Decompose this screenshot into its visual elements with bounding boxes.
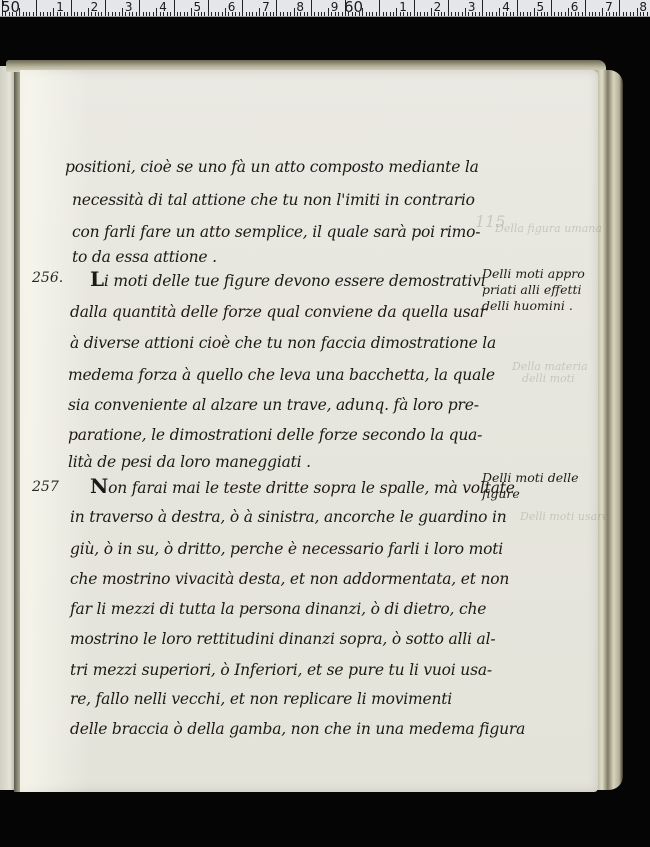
ruler-tick: [119, 12, 120, 16]
text-line: che mostrino vivacità desta, et non addo…: [70, 570, 509, 588]
ruler-tick: [26, 12, 27, 16]
left-page-edge: [0, 66, 14, 790]
ruler-tick: [149, 12, 150, 16]
text-line: to da essa attione .: [72, 248, 217, 266]
ruler-tick: [451, 12, 452, 16]
ruler-tick: [637, 8, 638, 16]
ruler-label: 5: [194, 0, 202, 15]
text-line: tri mezzi superiori, ò Inferiori, et se …: [70, 661, 492, 679]
text-line: paratione, le dimostrationi delle forze …: [68, 426, 482, 444]
ruler-label: 8: [639, 0, 647, 15]
ruler-tick: [527, 12, 528, 16]
ruler-tick: [249, 12, 250, 16]
ruler-tick: [67, 12, 68, 16]
text-line: giù, ò in su, ò dritto, perche è necessa…: [70, 540, 503, 558]
ruler-label: 6: [228, 0, 236, 15]
ruler-label: 1: [56, 0, 64, 15]
ruler-tick: [81, 12, 82, 16]
text-line: con farli fare un atto semplice, il qual…: [72, 223, 480, 241]
ruler-tick: [602, 8, 603, 16]
ruler-tick: [174, 0, 175, 16]
ruler-tick: [534, 8, 535, 16]
ruler-tick: [307, 12, 308, 16]
text-line: far li mezzi di tutta la persona dinanzi…: [70, 600, 486, 618]
ruler-tick: [191, 8, 192, 16]
ruler-tick: [222, 12, 223, 16]
ruler-tick: [88, 8, 89, 16]
ruler-tick: [36, 0, 37, 16]
ruler-tick: [225, 8, 226, 16]
drop-cap: N: [90, 474, 108, 498]
marginal-note-line: priati alli effetti: [482, 282, 585, 298]
ruler-tick: [328, 8, 329, 16]
ruler-tick: [280, 12, 281, 16]
ruler-tick: [43, 12, 44, 16]
text-line: sia conveniente al alzare un trave, adun…: [68, 396, 479, 414]
ruler-tick: [417, 12, 418, 16]
text-line: i moti delle tue figure devono essere de…: [104, 272, 486, 290]
ruler-tick: [84, 12, 85, 16]
ruler-label: 60: [344, 0, 363, 15]
ruler-tick: [592, 12, 593, 16]
text-line: delle braccia ò della gamba, non che in …: [70, 720, 525, 738]
ruler-tick: [242, 0, 243, 16]
ruler-tick: [50, 12, 51, 16]
ruler-tick: [547, 12, 548, 16]
text-line: à diverse attioni cioè che tu non faccia…: [70, 334, 496, 352]
ruler-tick: [482, 0, 483, 16]
ruler-tick: [321, 12, 322, 16]
ruler-tick: [108, 12, 109, 16]
ruler-tick: [369, 12, 370, 16]
ruler-label: 3: [468, 0, 476, 15]
ruler-tick: [146, 12, 147, 16]
ruler-tick: [458, 12, 459, 16]
ruler-tick: [465, 8, 466, 16]
ruler-label: 1: [399, 0, 407, 15]
ruler-tick: [74, 12, 75, 16]
ruler-tick: [424, 12, 425, 16]
ruler-label: 7: [605, 0, 613, 15]
ruler-tick: [184, 12, 185, 16]
ruler-tick: [366, 12, 367, 16]
ruler-tick: [290, 12, 291, 16]
text-line: dalla quantità delle forze qual conviene…: [70, 303, 487, 321]
ruler-tick: [177, 12, 178, 16]
text-line: mostrino le loro rettitudini dinanzi sop…: [70, 630, 495, 648]
ruler-tick: [342, 12, 343, 16]
ruler-label: 8: [296, 0, 304, 15]
ruler-tick: [376, 12, 377, 16]
ruler-tick: [101, 12, 102, 16]
ruler-tick: [283, 12, 284, 16]
ruler-tick: [589, 12, 590, 16]
paragraph-first-line: Non farai mai le teste dritte sopra le s…: [90, 474, 515, 498]
ruler-tick: [492, 12, 493, 16]
ruler-tick: [372, 12, 373, 16]
ruler-tick: [520, 12, 521, 16]
ruler-label: 4: [502, 0, 510, 15]
ruler-tick: [444, 12, 445, 16]
marginal-note-line: Delli moti appro: [482, 266, 585, 282]
ruler-label: 2: [434, 0, 442, 15]
ruler-label: 6: [571, 0, 579, 15]
ruler-tick: [379, 0, 380, 16]
ruler-tick: [143, 12, 144, 16]
paragraph-number: 257: [32, 479, 59, 495]
ruler-tick: [414, 0, 415, 16]
ruler-tick: [314, 12, 315, 16]
ruler-label: 2: [91, 0, 99, 15]
ruler-tick: [517, 0, 518, 16]
bleed-through-text: Delli moti usare: [520, 510, 609, 523]
ruler-tick: [211, 12, 212, 16]
ruler-tick: [455, 12, 456, 16]
text-line: necessità di tal attione che tu non l'im…: [72, 191, 475, 209]
ruler-tick: [486, 12, 487, 16]
marginal-note-line: figure: [482, 486, 579, 502]
ruler-tick: [170, 12, 171, 16]
ruler-tick: [420, 12, 421, 16]
manuscript-page: 115 Della figura umana Della materia del…: [20, 70, 598, 792]
ruler-tick: [180, 12, 181, 16]
ruler-tick: [156, 8, 157, 16]
marginal-note: Delli moti delle figure: [482, 470, 579, 502]
ruler-label: 5: [537, 0, 545, 15]
text-line: lità de pesi da loro maneggiati .: [68, 453, 311, 471]
ruler-tick: [626, 12, 627, 16]
ruler-tick: [105, 0, 106, 16]
ruler-label: 3: [125, 0, 133, 15]
ruler-tick: [595, 12, 596, 16]
ruler-tick: [311, 0, 312, 16]
ruler-tick: [208, 0, 209, 16]
ruler-tick: [390, 12, 391, 16]
text-line: in traverso à destra, ò à sinistra, anco…: [70, 508, 507, 526]
ruler-tick: [40, 12, 41, 16]
ruler-tick: [256, 12, 257, 16]
ruler-tick: [139, 0, 140, 16]
ruler-tick: [386, 12, 387, 16]
measurement-ruler: 501234567896012345678: [0, 0, 650, 17]
ruler-tick: [77, 12, 78, 16]
ruler-tick: [582, 12, 583, 16]
ruler-label: 7: [262, 0, 270, 15]
ruler-tick: [318, 12, 319, 16]
ruler-tick: [499, 8, 500, 16]
ruler-tick: [115, 12, 116, 16]
ruler-label: 4: [159, 0, 167, 15]
bleed-through-text: delli moti: [522, 372, 575, 385]
ruler-tick: [496, 12, 497, 16]
ruler-tick: [623, 12, 624, 16]
ruler-tick: [246, 12, 247, 16]
ruler-tick: [287, 12, 288, 16]
ruler-tick: [33, 12, 34, 16]
ruler-tick: [187, 12, 188, 16]
ruler-tick: [530, 12, 531, 16]
ruler-tick: [551, 0, 552, 16]
ruler-tick: [259, 8, 260, 16]
ruler-tick: [427, 12, 428, 16]
ruler-tick: [513, 12, 514, 16]
ruler-tick: [71, 0, 72, 16]
ruler-tick: [396, 8, 397, 16]
marginal-note-line: Delli moti delle: [482, 470, 579, 486]
ruler-tick: [276, 0, 277, 16]
ruler-tick: [47, 12, 48, 16]
ruler-tick: [112, 12, 113, 16]
ruler-tick: [630, 12, 631, 16]
drop-cap: L: [90, 267, 104, 291]
ruler-tick: [448, 0, 449, 16]
text-line: positioni, cioè se uno fà un atto compos…: [65, 158, 479, 176]
ruler-tick: [204, 12, 205, 16]
marginal-note-line: delli huomini .: [482, 298, 585, 314]
ruler-tick: [383, 12, 384, 16]
ruler-tick: [462, 12, 463, 16]
paragraph-first-line: Li moti delle tue figure devono essere d…: [90, 267, 485, 291]
ruler-tick: [393, 12, 394, 16]
ruler-tick: [523, 12, 524, 16]
ruler-tick: [252, 12, 253, 16]
ruler-tick: [479, 12, 480, 16]
ruler-label: 9: [331, 0, 339, 15]
text-line: on farai mai le teste dritte sopra le sp…: [108, 479, 515, 497]
ruler-tick: [23, 12, 24, 16]
ruler-tick: [619, 0, 620, 16]
ruler-tick: [599, 12, 600, 16]
ruler-tick: [218, 12, 219, 16]
ruler-tick: [585, 0, 586, 16]
ruler-tick: [273, 12, 274, 16]
ruler-label: 50: [1, 0, 20, 15]
ruler-tick: [554, 12, 555, 16]
ruler-tick: [616, 12, 617, 16]
ruler-tick: [565, 12, 566, 16]
ruler-tick: [122, 8, 123, 16]
ruler-tick: [239, 12, 240, 16]
ruler-tick: [568, 8, 569, 16]
text-line: medema forza à quello che leva una bacch…: [68, 366, 495, 384]
ruler-tick: [561, 12, 562, 16]
bleed-through-text: Della figura umana: [495, 222, 602, 235]
ruler-tick: [29, 12, 30, 16]
ruler-tick: [136, 12, 137, 16]
ruler-tick: [410, 12, 411, 16]
ruler-tick: [558, 12, 559, 16]
ruler-tick: [633, 12, 634, 16]
marginal-note: Delli moti appro priati alli effetti del…: [482, 266, 585, 314]
paragraph-number: 256.: [32, 270, 63, 286]
ruler-tick: [324, 12, 325, 16]
ruler-tick: [215, 12, 216, 16]
ruler-tick: [53, 8, 54, 16]
text-line: re, fallo nelli vecchi, et non replicare…: [70, 690, 452, 708]
ruler-tick: [294, 8, 295, 16]
ruler-tick: [489, 12, 490, 16]
ruler-tick: [431, 8, 432, 16]
ruler-tick: [153, 12, 154, 16]
